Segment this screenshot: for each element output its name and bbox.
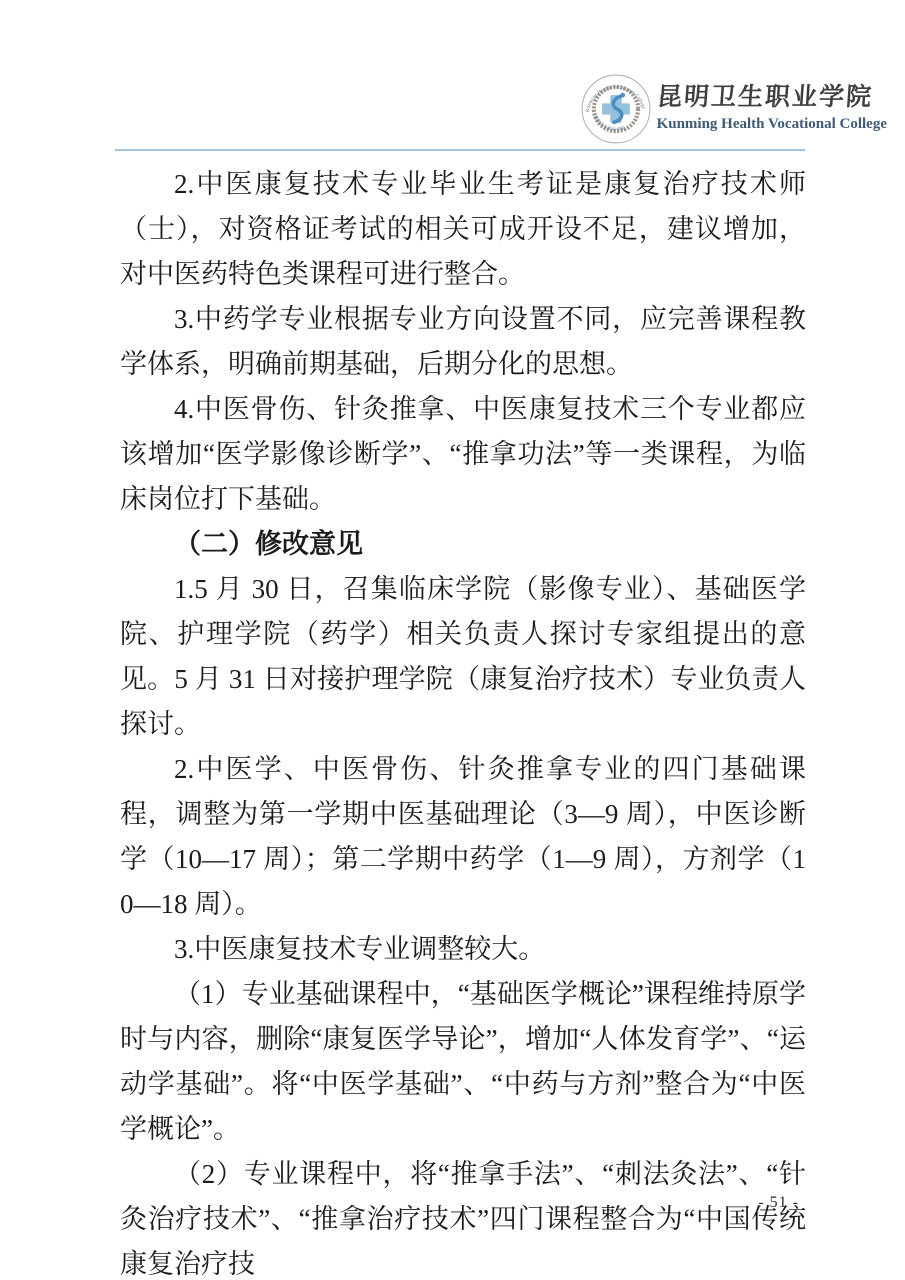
paragraph: 1.5 月 30 日，召集临床学院（影像专业）、基础医学院、护理学院（药学）相关… bbox=[120, 567, 806, 747]
paragraph: 4.中医骨伤、针灸推拿、中医康复技术三个专业都应该增加“医学影像诊断学”、“推拿… bbox=[120, 387, 806, 522]
paragraph: （1）专业基础课程中，“基础医学概论”课程维持原学时与内容，删除“康复医学导论”… bbox=[120, 972, 806, 1152]
college-title-block: 昆明卫生职业学院 Kunming Health Vocational Colle… bbox=[657, 83, 887, 135]
section-heading: （二）修改意见 bbox=[120, 522, 806, 567]
college-name-calligraphy: 昆明卫生职业学院 bbox=[656, 83, 889, 113]
header-divider-rule bbox=[115, 149, 805, 151]
paragraph: 2.中医康复技术专业毕业生考证是康复治疗技术师（士），对资格证考试的相关可成开设… bbox=[120, 162, 806, 297]
college-seal-icon: Kunming Health Vocational College 昆明卫生职业… bbox=[580, 73, 652, 145]
paragraph: 3.中药学专业根据专业方向设置不同，应完善课程教学体系，明确前期基础，后期分化的… bbox=[120, 297, 806, 387]
page-number: - 51 - bbox=[758, 1194, 799, 1212]
page-header: Kunming Health Vocational College 昆明卫生职业… bbox=[580, 73, 887, 145]
paragraph: 2.中医学、中医骨伤、针灸推拿专业的四门基础课程，调整为第一学期中医基础理论（3… bbox=[120, 747, 806, 927]
college-name-english: Kunming Health Vocational College bbox=[657, 113, 887, 135]
document-body: 2.中医康复技术专业毕业生考证是康复治疗技术师（士），对资格证考试的相关可成开设… bbox=[120, 162, 806, 1280]
paragraph: 3.中医康复技术专业调整较大。 bbox=[120, 927, 806, 972]
paragraph: （2）专业课程中，将“推拿手法”、“刺法灸法”、“针灸治疗技术”、“推拿治疗技术… bbox=[120, 1152, 806, 1280]
document-page: Kunming Health Vocational College 昆明卫生职业… bbox=[0, 0, 905, 1280]
